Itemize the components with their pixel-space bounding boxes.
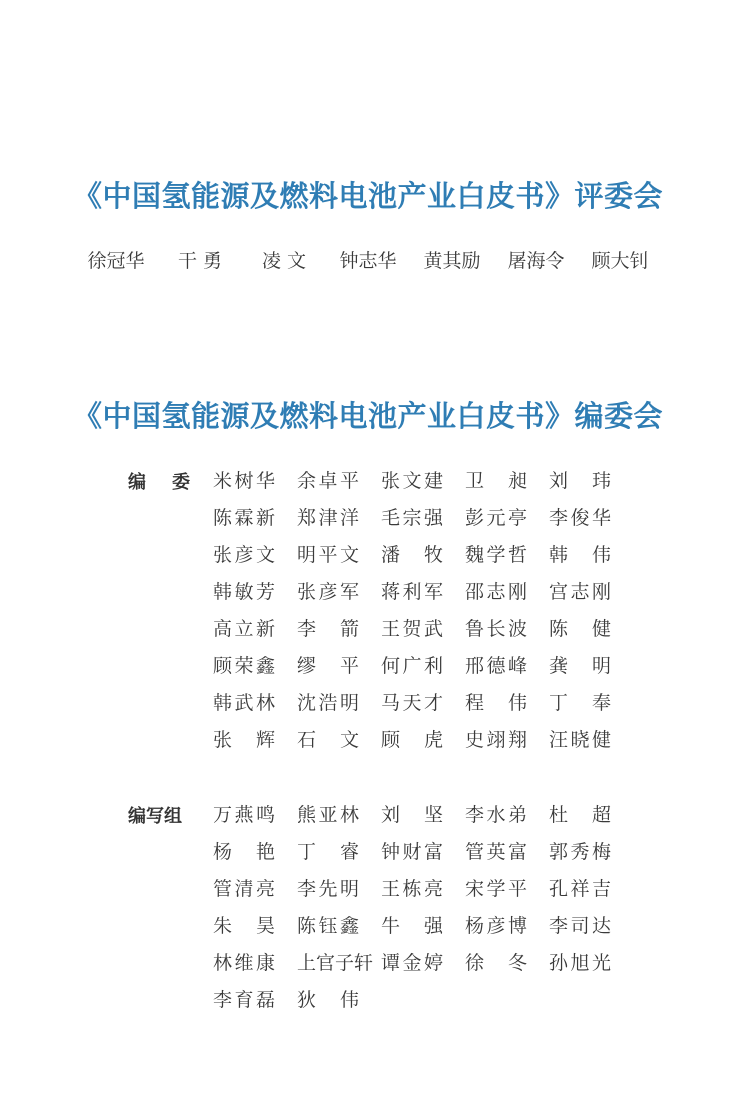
member-name: 韩 伟 (549, 542, 611, 579)
member-name: 宋学平 (465, 876, 527, 913)
member-name: 马天才 (381, 690, 443, 727)
member-name: 杨 艳 (213, 839, 275, 876)
member-name: 李司达 (549, 913, 611, 950)
member-name: 李俊华 (549, 505, 611, 542)
member-name: 王贺武 (381, 616, 443, 653)
member-name: 蒋利军 (381, 579, 443, 616)
member-name: 林维康 (213, 950, 275, 987)
member-name: 王栋亮 (381, 876, 443, 913)
member-name: 杨彦博 (465, 913, 527, 950)
member-name: 陈钰鑫 (297, 913, 359, 950)
editorial-board-label: 编委 (128, 468, 198, 494)
member-name: 韩武林 (213, 690, 275, 727)
member-name: 何广利 (381, 653, 443, 690)
member-name: 汪晓健 (549, 727, 611, 764)
member-name: 张彦军 (297, 579, 359, 616)
member-name: 李先明 (297, 876, 359, 913)
editorial-committee-title: 《中国氢能源及燃料电池产业白皮书》编委会 (0, 394, 736, 435)
member-name: 史翊翔 (465, 727, 527, 764)
review-member: 屠海令 (494, 246, 578, 273)
member-name: 陈霖新 (213, 505, 275, 542)
member-name: 彭元亭 (465, 505, 527, 542)
member-name: 石 文 (297, 727, 359, 764)
member-name: 鲁长波 (465, 616, 527, 653)
member-name: 丁 睿 (297, 839, 359, 876)
member-name: 邵志刚 (465, 579, 527, 616)
member-name: 沈浩明 (297, 690, 359, 727)
review-member: 钟志华 (326, 246, 410, 273)
member-name: 孔祥吉 (549, 876, 611, 913)
member-name: 明平文 (297, 542, 359, 579)
member-name: 龚 明 (549, 653, 611, 690)
review-member: 黄其励 (410, 246, 494, 273)
member-name: 狄 伟 (297, 987, 359, 1024)
member-name: 李水弟 (465, 802, 527, 839)
member-name: 顾 虎 (381, 727, 443, 764)
member-name: 熊亚林 (297, 802, 359, 839)
member-name: 张文建 (381, 468, 443, 505)
member-name: 管英富 (465, 839, 527, 876)
member-name: 朱 昊 (213, 913, 275, 950)
member-name: 余卓平 (297, 468, 359, 505)
member-name: 程 伟 (465, 690, 527, 727)
member-name: 郭秀梅 (549, 839, 611, 876)
member-name: 张 辉 (213, 727, 275, 764)
member-name: 张彦文 (213, 542, 275, 579)
member-name: 钟财富 (381, 839, 443, 876)
review-committee-title: 《中国氢能源及燃料电池产业白皮书》评委会 (0, 174, 736, 215)
member-name: 孙旭光 (549, 950, 611, 987)
member-name: 魏学哲 (465, 542, 527, 579)
review-member: 顾大钊 (578, 246, 662, 273)
member-name: 刘 坚 (381, 802, 443, 839)
member-name: 李育磊 (213, 987, 275, 1024)
member-name: 宫志刚 (549, 579, 611, 616)
writing-group-label: 编写组 (128, 802, 198, 828)
member-name: 牛 强 (381, 913, 443, 950)
member-name: 米树华 (213, 468, 275, 505)
member-name: 韩敏芳 (213, 579, 275, 616)
member-name: 上官子轩 (297, 950, 359, 987)
editorial-board-grid: 米树华余卓平张文建卫 昶刘 玮陈霖新郑津洋毛宗强彭元亭李俊华张彦文明平文潘 牧魏… (213, 468, 633, 764)
writing-group-grid: 万燕鸣熊亚林刘 坚李水弟杜 超杨 艳丁 睿钟财富管英富郭秀梅管清亮李先明王栋亮宋… (213, 802, 633, 1024)
member-name: 潘 牧 (381, 542, 443, 579)
member-name: 高立新 (213, 616, 275, 653)
member-name: 万燕鸣 (213, 802, 275, 839)
member-name: 管清亮 (213, 876, 275, 913)
member-name: 刘 玮 (549, 468, 611, 505)
member-name: 徐 冬 (465, 950, 527, 987)
member-name: 郑津洋 (297, 505, 359, 542)
member-name: 邢德峰 (465, 653, 527, 690)
member-name: 谭金婷 (381, 950, 443, 987)
member-name: 杜 超 (549, 802, 611, 839)
member-name: 李 箭 (297, 616, 359, 653)
member-name: 缪 平 (297, 653, 359, 690)
review-member: 凌 文 (242, 246, 326, 273)
member-name: 丁 奉 (549, 690, 611, 727)
review-committee-members: 徐冠华 干 勇 凌 文 钟志华 黄其励 屠海令 顾大钊 (0, 246, 736, 273)
member-name: 顾荣鑫 (213, 653, 275, 690)
member-name: 卫 昶 (465, 468, 527, 505)
member-name: 毛宗强 (381, 505, 443, 542)
review-member: 徐冠华 (74, 246, 158, 273)
member-name: 陈 健 (549, 616, 611, 653)
review-member: 干 勇 (158, 246, 242, 273)
